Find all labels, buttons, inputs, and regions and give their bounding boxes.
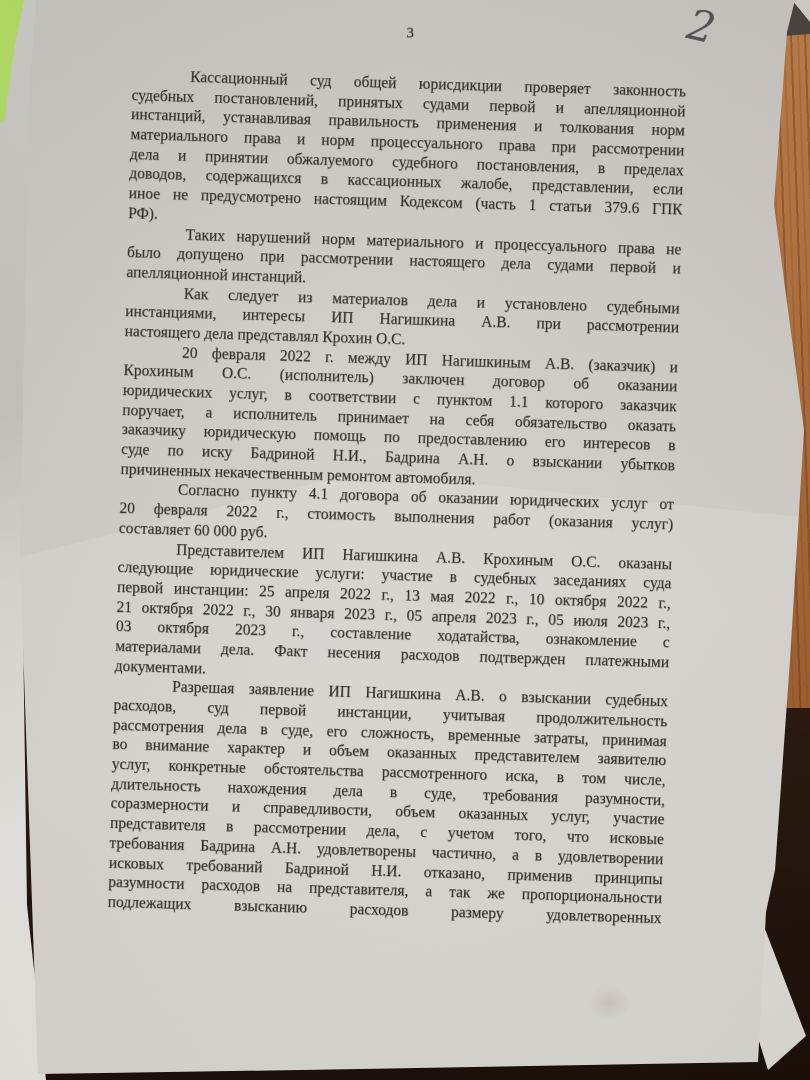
paper-stain	[588, 986, 630, 1020]
document-paragraphs: Кассационный суд общей юрисдикции провер…	[107, 66, 686, 929]
document-text: 3 Кассационный суд общей юрисдикции пров…	[107, 16, 687, 929]
photo-stage: 3 Кассационный суд общей юрисдикции пров…	[0, 0, 810, 1080]
